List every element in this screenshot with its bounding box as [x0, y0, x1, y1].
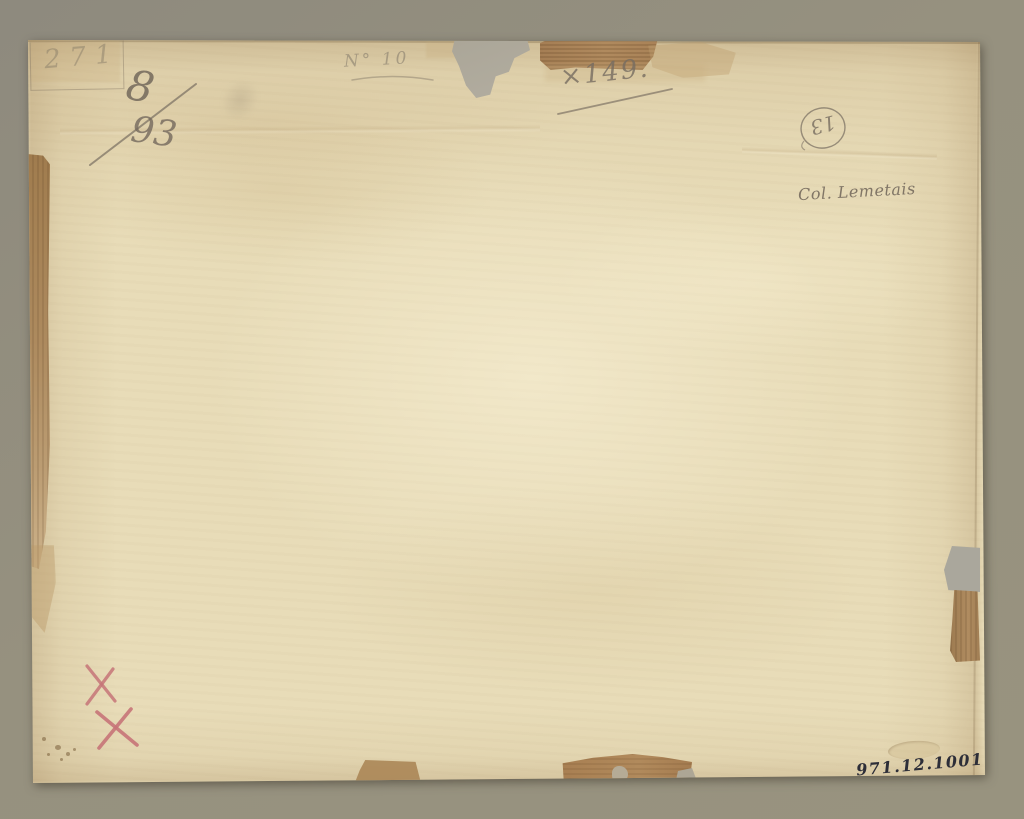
- tape-gray-spot: [612, 766, 628, 782]
- number-note: N° 10: [344, 48, 410, 71]
- accession-number: 971.12.1001: [855, 749, 984, 779]
- fraction-numerator: 8: [122, 60, 158, 113]
- tape-stain-left-edge: [29, 545, 56, 633]
- paper-sheet-wrap: 271 8 93 N° 10 ×149. 13 Col. Lemetais 97…: [0, 0, 1024, 819]
- paper-crease: [742, 147, 937, 161]
- crossed-number: ×149.: [559, 53, 651, 92]
- number-note-underline: [352, 77, 433, 81]
- collection-note: Col. Lemetais: [798, 179, 917, 204]
- pencil-smudge: [213, 72, 266, 128]
- tape-residue-top-center: [426, 42, 458, 58]
- paper-right-edge-shadow: [973, 42, 980, 776]
- red-cross-mark-upper: [87, 666, 115, 704]
- foxing-spot: [55, 745, 61, 750]
- tape-gray-spot: [676, 768, 696, 783]
- circled-number: 13: [807, 110, 840, 140]
- crossed-number-underline: [558, 89, 672, 114]
- paper-loss-top-center: [452, 41, 530, 98]
- tape-strip-left-edge: [27, 154, 50, 569]
- tape-strip-bottom-center: [560, 754, 692, 785]
- foxing-spot: [66, 752, 70, 756]
- foxing-spot: [73, 748, 76, 751]
- red-cross-mark-lower: [97, 709, 137, 748]
- paper-top-edge-shadow: [28, 40, 980, 44]
- scan-background: 271 8 93 N° 10 ×149. 13 Col. Lemetais 97…: [0, 0, 1024, 819]
- tape-strip-bottom-left-of-center: [353, 760, 421, 784]
- foxing-spot: [42, 737, 46, 741]
- foxing-spot: [47, 753, 50, 756]
- fraction-denominator: 93: [128, 109, 179, 156]
- foxing-spot: [60, 758, 63, 761]
- paper-sheet-verso: 271 8 93 N° 10 ×149. 13 Col. Lemetais 97…: [0, 0, 1024, 819]
- tape-residue-top-right: [648, 42, 736, 78]
